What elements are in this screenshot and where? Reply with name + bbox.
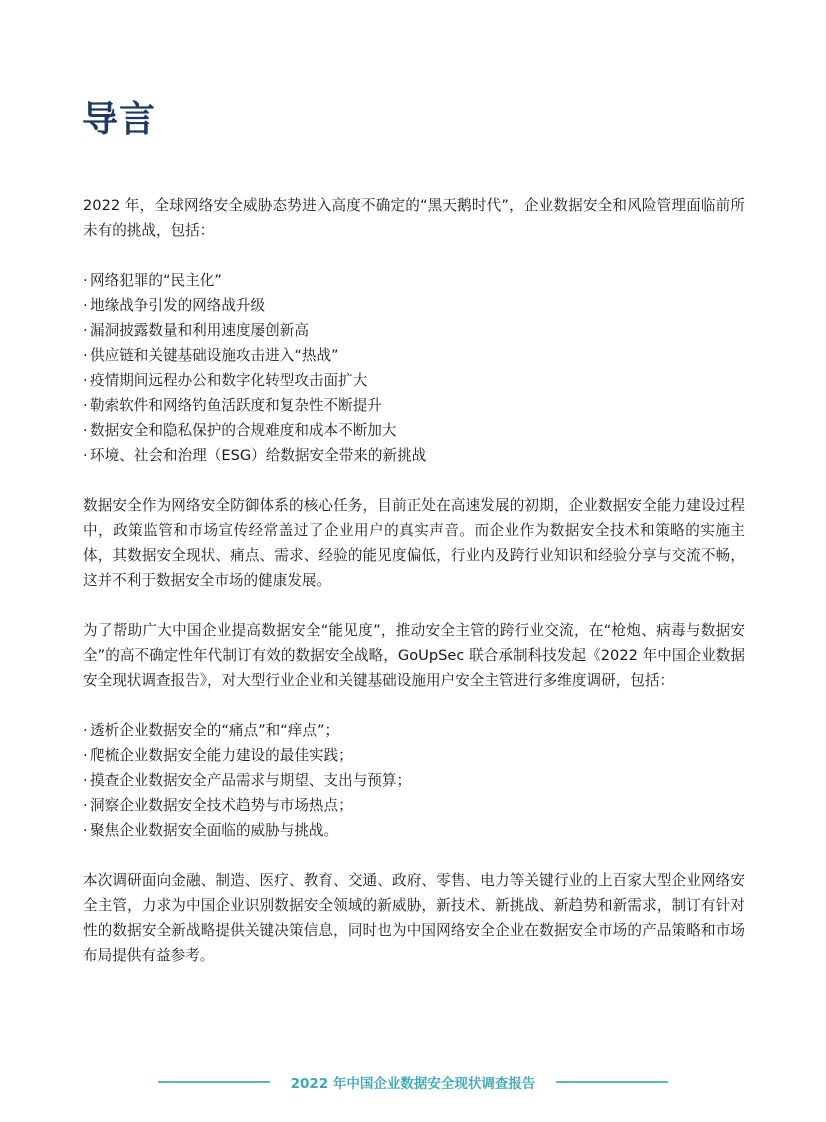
list-item: ·摸查企业数据安全产品需求与期望、支出与预算； xyxy=(83,768,745,793)
list-item-text: 供应链和关键基础设施攻击进入“热战” xyxy=(90,347,339,364)
list-item: ·数据安全和隐私保护的合规难度和成本不断加大 xyxy=(83,418,745,443)
bullet-icon: · xyxy=(83,368,90,393)
bullet-icon: · xyxy=(83,393,90,418)
context-paragraph: 数据安全作为网络安全防御体系的核心任务，目前正处在高速发展的初期，企业数据安全能… xyxy=(83,493,745,593)
bullet-icon: · xyxy=(83,743,90,768)
bullet-icon: · xyxy=(83,443,90,468)
bullet-icon: · xyxy=(83,343,90,368)
footer-divider-left xyxy=(158,1081,270,1083)
list-item: ·疫情期间远程办公和数字化转型攻击面扩大 xyxy=(83,368,745,393)
list-item-text: 洞察企业数据安全技术趋势与市场热点； xyxy=(90,797,353,814)
bullet-icon: · xyxy=(83,318,90,343)
page-footer: 2022 年中国企业数据安全现状调查报告 xyxy=(158,1072,668,1092)
bullet-icon: · xyxy=(83,793,90,818)
list-item: ·供应链和关键基础设施攻击进入“热战” xyxy=(83,343,745,368)
bullet-icon: · xyxy=(83,818,90,843)
list-item-text: 网络犯罪的“民主化” xyxy=(90,272,222,289)
list-item-text: 数据安全和隐私保护的合规难度和成本不断加大 xyxy=(90,422,396,439)
list-item: ·网络犯罪的“民主化” xyxy=(83,268,745,293)
list-item-text: 漏洞披露数量和利用速度屡创新高 xyxy=(90,322,309,339)
research-goals-list: ·透析企业数据安全的“痛点”和“痒点”； ·爬梳企业数据安全能力建设的最佳实践；… xyxy=(83,718,745,843)
list-item-text: 摸查企业数据安全产品需求与期望、支出与预算； xyxy=(90,772,411,789)
list-item-text: 环境、社会和治理（ESG）给数据安全带来的新挑战 xyxy=(90,447,426,464)
list-item-text: 聚焦企业数据安全面临的威胁与挑战。 xyxy=(90,822,338,839)
list-item: ·环境、社会和治理（ESG）给数据安全带来的新挑战 xyxy=(83,443,745,468)
bullet-icon: · xyxy=(83,268,90,293)
list-item: ·爬梳企业数据安全能力建设的最佳实践； xyxy=(83,743,745,768)
list-item-text: 透析企业数据安全的“痛点”和“痒点”； xyxy=(90,722,339,739)
document-body: 2022 年，全球网络安全威胁态势进入高度不确定的“黑天鹅时代”，企业数据安全和… xyxy=(83,193,745,993)
list-item: ·透析企业数据安全的“痛点”和“痒点”； xyxy=(83,718,745,743)
list-item: ·勒索软件和网络钓鱼活跃度和复杂性不断提升 xyxy=(83,393,745,418)
bullet-icon: · xyxy=(83,768,90,793)
list-item-text: 地缘战争引发的网络战升级 xyxy=(90,297,265,314)
list-item-text: 勒索软件和网络钓鱼活跃度和复杂性不断提升 xyxy=(90,397,382,414)
bullet-icon: · xyxy=(83,718,90,743)
purpose-paragraph: 为了帮助广大中国企业提高数据安全“能见度”，推动安全主管的跨行业交流，在“枪炮、… xyxy=(83,618,745,693)
list-item: ·地缘战争引发的网络战升级 xyxy=(83,293,745,318)
list-item: ·洞察企业数据安全技术趋势与市场热点； xyxy=(83,793,745,818)
list-item: ·漏洞披露数量和利用速度屡创新高 xyxy=(83,318,745,343)
bullet-icon: · xyxy=(83,418,90,443)
page-title: 导言 xyxy=(82,96,156,144)
list-item: ·聚焦企业数据安全面临的威胁与挑战。 xyxy=(83,818,745,843)
footer-report-title: 2022 年中国企业数据安全现状调查报告 xyxy=(291,1072,536,1092)
intro-paragraph: 2022 年，全球网络安全威胁态势进入高度不确定的“黑天鹅时代”，企业数据安全和… xyxy=(83,193,745,243)
challenges-list: ·网络犯罪的“民主化” ·地缘战争引发的网络战升级 ·漏洞披露数量和利用速度屡创… xyxy=(83,268,745,468)
list-item-text: 爬梳企业数据安全能力建设的最佳实践； xyxy=(90,747,353,764)
bullet-icon: · xyxy=(83,293,90,318)
scope-paragraph: 本次调研面向金融、制造、医疗、教育、交通、政府、零售、电力等关键行业的上百家大型… xyxy=(83,868,745,968)
list-item-text: 疫情期间远程办公和数字化转型攻击面扩大 xyxy=(90,372,367,389)
footer-divider-right xyxy=(556,1081,668,1083)
